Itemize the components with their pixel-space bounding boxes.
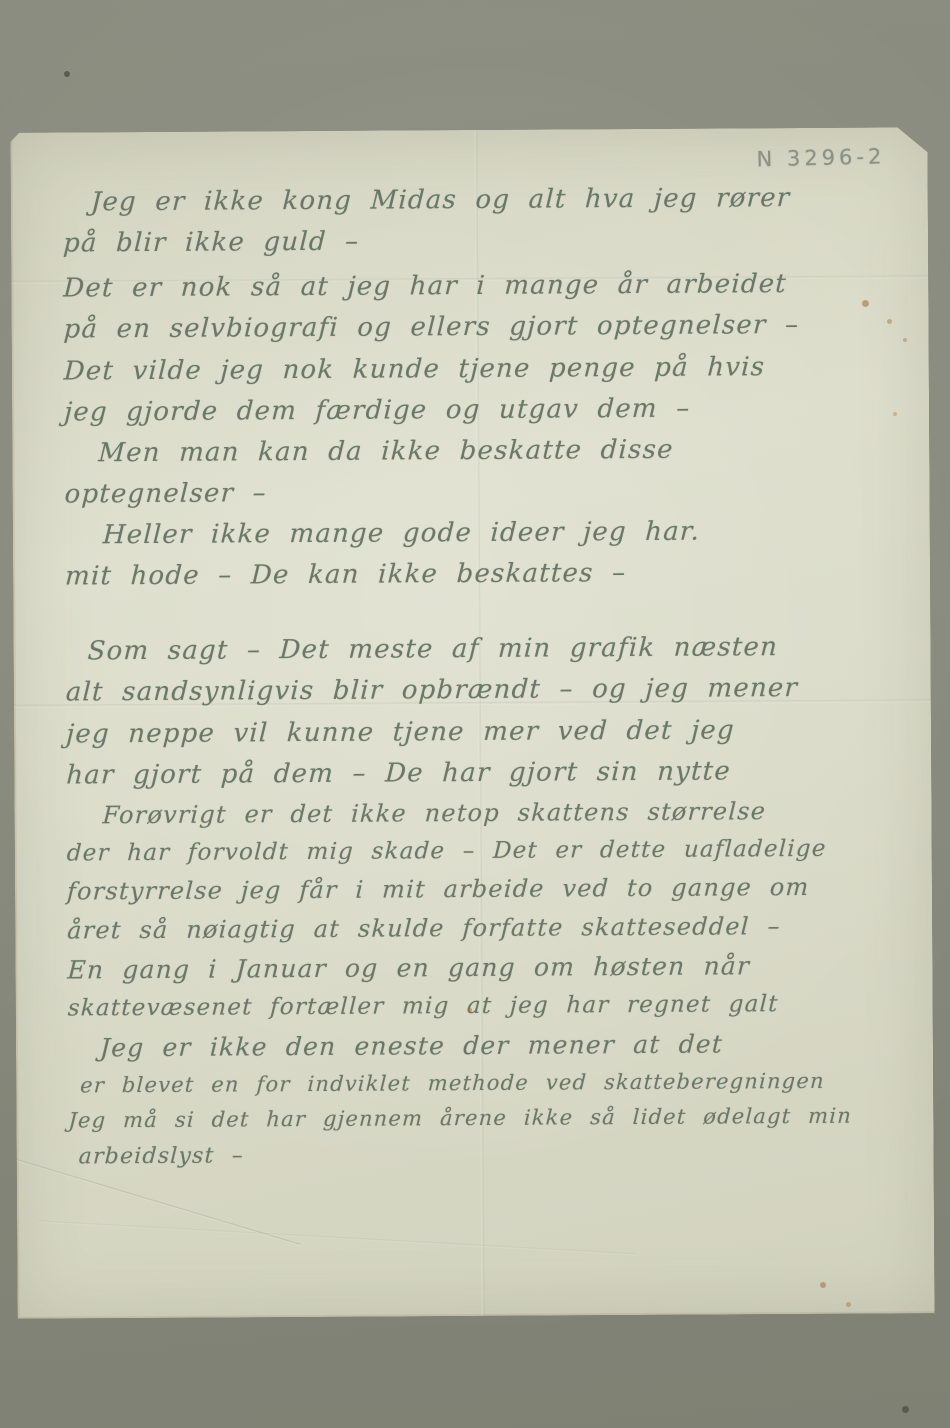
handwritten-line: Jeg er ikke den eneste der mener at det xyxy=(99,1029,899,1062)
handwritten-line: alt sandsynligvis blir opbrændt – og jeg… xyxy=(65,674,897,708)
handwritten-line: har gjort på dem – De har gjort sin nytt… xyxy=(66,756,898,790)
handwritten-line: Jeg må si det har gjennem årene ikke så … xyxy=(68,1105,900,1134)
handwritten-line: En gang i Januar og en gang om høsten nå… xyxy=(67,952,899,985)
handwritten-line: der har forvoldt mig skade – Det er dett… xyxy=(66,836,898,867)
handwritten-line: Det er nok så at jeg har i mange år arbe… xyxy=(63,270,895,304)
fold-crease-bottom xyxy=(38,1220,637,1255)
handwritten-line: året så nøiagtig at skulde forfatte skat… xyxy=(67,913,899,945)
handwritten-line: på en selvbiografi og ellers gjort opteg… xyxy=(63,311,895,345)
handwritten-line: Men man kan da ikke beskatte disse xyxy=(98,434,896,468)
handwritten-line: skattevæsenet fortæller mig at jeg har r… xyxy=(67,992,899,1023)
handwritten-line: mit hode – De kan ikke beskattes – xyxy=(64,558,896,592)
letter-photo-background: N 3296-2 Jeg er ikke kong Midas og alt h… xyxy=(0,0,950,1428)
handwriting-lines: Jeg er ikke kong Midas og alt hva jeg rø… xyxy=(63,183,900,1182)
handwritten-line: Forøvrigt er det ikke netop skattens stø… xyxy=(102,797,898,829)
paper-stain xyxy=(64,71,70,77)
handwritten-line: forstyrrelse jeg får i mit arbeide ved t… xyxy=(66,874,898,906)
letter-paper-sheet: N 3296-2 Jeg er ikke kong Midas og alt h… xyxy=(10,127,934,1319)
handwritten-line: Som sagt – Det meste af min grafik næste… xyxy=(87,633,897,667)
handwritten-line: Det vilde jeg nok kunde tjene penge på h… xyxy=(63,352,895,386)
handwritten-line: Heller ikke mange gode ideer jeg har. xyxy=(102,516,896,550)
paper-stain xyxy=(902,1406,909,1413)
catalog-number: N 3296-2 xyxy=(757,144,886,171)
handwritten-line: Jeg er ikke kong Midas og alt hva jeg rø… xyxy=(90,183,894,217)
handwritten-line: arbeidslyst – xyxy=(78,1140,900,1170)
handwritten-line: jeg neppe vil kunne tjene mer ved det je… xyxy=(65,715,897,749)
handwritten-line: optegnelser – xyxy=(64,475,896,509)
handwritten-line: jeg gjorde dem færdige og utgav dem – xyxy=(63,393,895,427)
handwritten-line: på blir ikke guld – xyxy=(62,225,894,259)
handwritten-line: er blevet en for indviklet methode ved s… xyxy=(80,1069,900,1098)
